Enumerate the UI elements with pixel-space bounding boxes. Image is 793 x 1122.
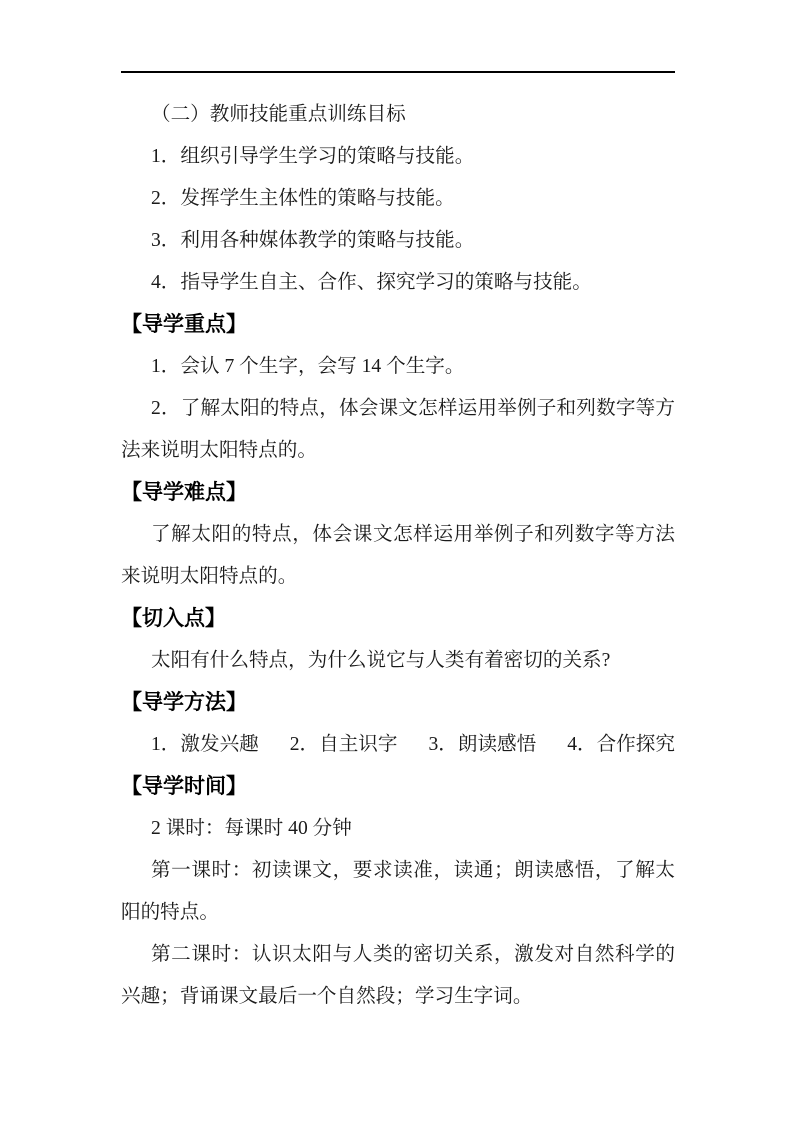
- document-page: （二）教师技能重点训练目标1．组织引导学生学习的策略与技能。2．发挥学生主体性的…: [0, 0, 793, 1122]
- method-item: 1．激发兴趣: [151, 724, 259, 766]
- paragraph: 3．利用各种媒体教学的策略与技能。: [121, 220, 675, 262]
- section-heading: 【导学难点】: [121, 472, 675, 514]
- method-item: 3．朗读感悟: [428, 724, 536, 766]
- header-separator-rule: [121, 71, 675, 73]
- section-heading: 【导学重点】: [121, 304, 675, 346]
- method-list: 1．激发兴趣2．自主识字3．朗读感悟4．合作探究: [121, 724, 675, 766]
- section-heading: 【导学时间】: [121, 766, 675, 808]
- paragraph: 2 课时：每课时 40 分钟: [121, 808, 675, 850]
- section-heading: 【导学方法】: [121, 682, 675, 724]
- paragraph: 2．了解太阳的特点，体会课文怎样运用举例子和列数字等方法来说明太阳特点的。: [121, 388, 675, 472]
- paragraph: 第二课时：认识太阳与人类的密切关系，激发对自然科学的兴趣；背诵课文最后一个自然段…: [121, 934, 675, 1018]
- paragraph: 太阳有什么特点，为什么说它与人类有着密切的关系?: [121, 640, 675, 682]
- method-item: 2．自主识字: [290, 724, 398, 766]
- paragraph: 第一课时：初读课文，要求读准，读通；朗读感悟，了解太阳的特点。: [121, 850, 675, 934]
- paragraph: 4．指导学生自主、合作、探究学习的策略与技能。: [121, 262, 675, 304]
- method-item: 4．合作探究: [567, 724, 675, 766]
- paragraph: 了解太阳的特点，体会课文怎样运用举例子和列数字等方法来说明太阳特点的。: [121, 514, 675, 598]
- paragraph: 2．发挥学生主体性的策略与技能。: [121, 178, 675, 220]
- document-body: （二）教师技能重点训练目标1．组织引导学生学习的策略与技能。2．发挥学生主体性的…: [121, 94, 675, 1018]
- paragraph: 1．会认 7 个生字，会写 14 个生字。: [121, 346, 675, 388]
- paragraph: （二）教师技能重点训练目标: [121, 94, 675, 136]
- section-heading: 【切入点】: [121, 598, 675, 640]
- paragraph: 1．组织引导学生学习的策略与技能。: [121, 136, 675, 178]
